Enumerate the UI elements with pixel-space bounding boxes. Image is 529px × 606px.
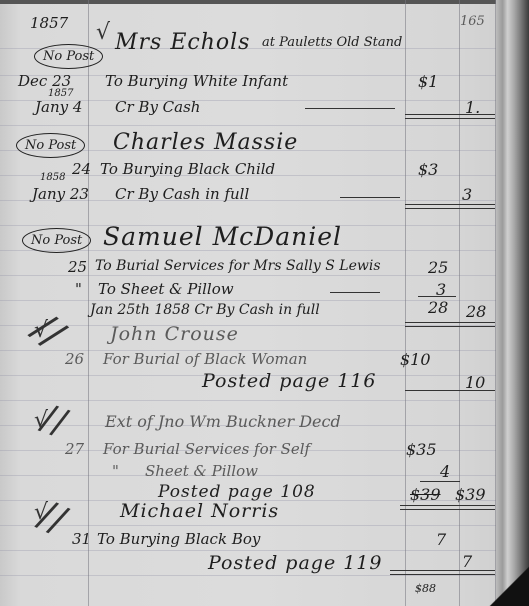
page-top-edge: [0, 0, 529, 4]
rule-line: [0, 125, 500, 126]
debit-total: 28: [428, 298, 448, 317]
entry-line-text: To Burying Black Boy: [97, 530, 260, 548]
entry-name: Ext of Jno Wm Buckner Decd: [105, 412, 341, 431]
no-post-stamp: No Post: [22, 228, 91, 253]
book-binding: [496, 0, 529, 606]
entry-date: 27: [65, 440, 84, 458]
entry-name: Mrs Echols: [115, 30, 250, 55]
slash-mark-icon: //: [36, 397, 73, 444]
double-rule: [400, 505, 495, 510]
entry-name: Michael Norris: [120, 500, 279, 522]
debit-amount: 25: [428, 258, 448, 277]
rule-line: [0, 575, 500, 576]
posted-note: Posted page 119: [208, 552, 383, 574]
entry-name: Samuel McDaniel: [103, 222, 342, 251]
entry-date: 31: [72, 530, 91, 548]
rule-line: [0, 300, 500, 301]
binding-corner: [489, 566, 529, 606]
entry-name-suffix: at Pauletts Old Stand: [262, 35, 402, 50]
entry-line-text: Sheet & Pillow: [145, 462, 258, 480]
entry-line-text: Jan 25th 1858 Cr By Cash in full: [90, 302, 320, 318]
entry-date: Jany 23: [32, 185, 89, 203]
credit-column-rule: [459, 0, 460, 606]
debit-amount: $1: [418, 72, 438, 91]
fill-line: [330, 292, 380, 293]
debit-amount: 4: [440, 462, 450, 481]
double-rule: [405, 204, 495, 209]
entry-date: 26: [65, 350, 84, 368]
debit-column-rule: [405, 0, 406, 606]
check-mark-icon: √: [96, 20, 110, 45]
credit-amount: 3: [462, 185, 472, 204]
posted-note: Posted page 108: [158, 482, 316, 502]
entry-line-text: To Sheet & Pillow: [98, 280, 234, 298]
debit-amount: $35: [406, 440, 437, 459]
entry-date: 25: [68, 258, 87, 276]
rule-line: [0, 550, 500, 551]
credit-amount: 28: [466, 302, 486, 321]
footer-total: $88: [415, 582, 436, 595]
credit-amount: 7: [462, 552, 472, 571]
debit-amount: 7: [436, 530, 446, 549]
entry-line-text: Cr By Cash: [115, 98, 200, 116]
entry-line-text: To Burying Black Child: [100, 160, 275, 178]
year-header: 1857: [30, 14, 68, 32]
posted-note: Posted page 116: [202, 370, 377, 392]
credit-amount: $39: [455, 485, 486, 504]
sum-line: [418, 296, 456, 297]
margin-column-rule: [88, 0, 89, 606]
page-number: 165: [460, 14, 485, 29]
fill-line: [340, 197, 400, 198]
ledger-page: 1857 165 √ Mrs Echols at Pauletts Old St…: [0, 0, 506, 606]
double-rule: [390, 570, 495, 575]
double-rule: [405, 322, 495, 327]
debit-total: $39: [410, 485, 441, 504]
no-post-stamp: No Post: [34, 44, 103, 69]
rule: [405, 390, 495, 391]
debit-amount: $10: [400, 350, 431, 369]
rule-line: [0, 400, 500, 401]
entry-year: 1858: [40, 172, 65, 183]
entry-line-text: Cr By Cash in full: [115, 185, 249, 203]
rule-line: [0, 525, 500, 526]
entry-date: ": [112, 462, 119, 480]
entry-line-text: To Burial Services for Mrs Sally S Lewis: [95, 258, 381, 274]
entry-date: Jany 4: [35, 98, 82, 116]
fill-line: [305, 108, 395, 109]
no-post-stamp: No Post: [16, 133, 85, 158]
double-rule: [405, 114, 495, 119]
entry-date: ": [75, 280, 82, 298]
entry-line-text: For Burial Services for Self: [103, 440, 310, 458]
entry-name: Charles Massie: [113, 130, 298, 155]
sum-line: [420, 481, 460, 482]
debit-amount: $3: [418, 160, 438, 179]
entry-line-text: For Burial of Black Woman: [103, 350, 307, 368]
entry-name: John Crouse: [110, 323, 239, 345]
entry-line-text: To Burying White Infant: [105, 72, 288, 90]
entry-date: 24: [72, 160, 91, 178]
